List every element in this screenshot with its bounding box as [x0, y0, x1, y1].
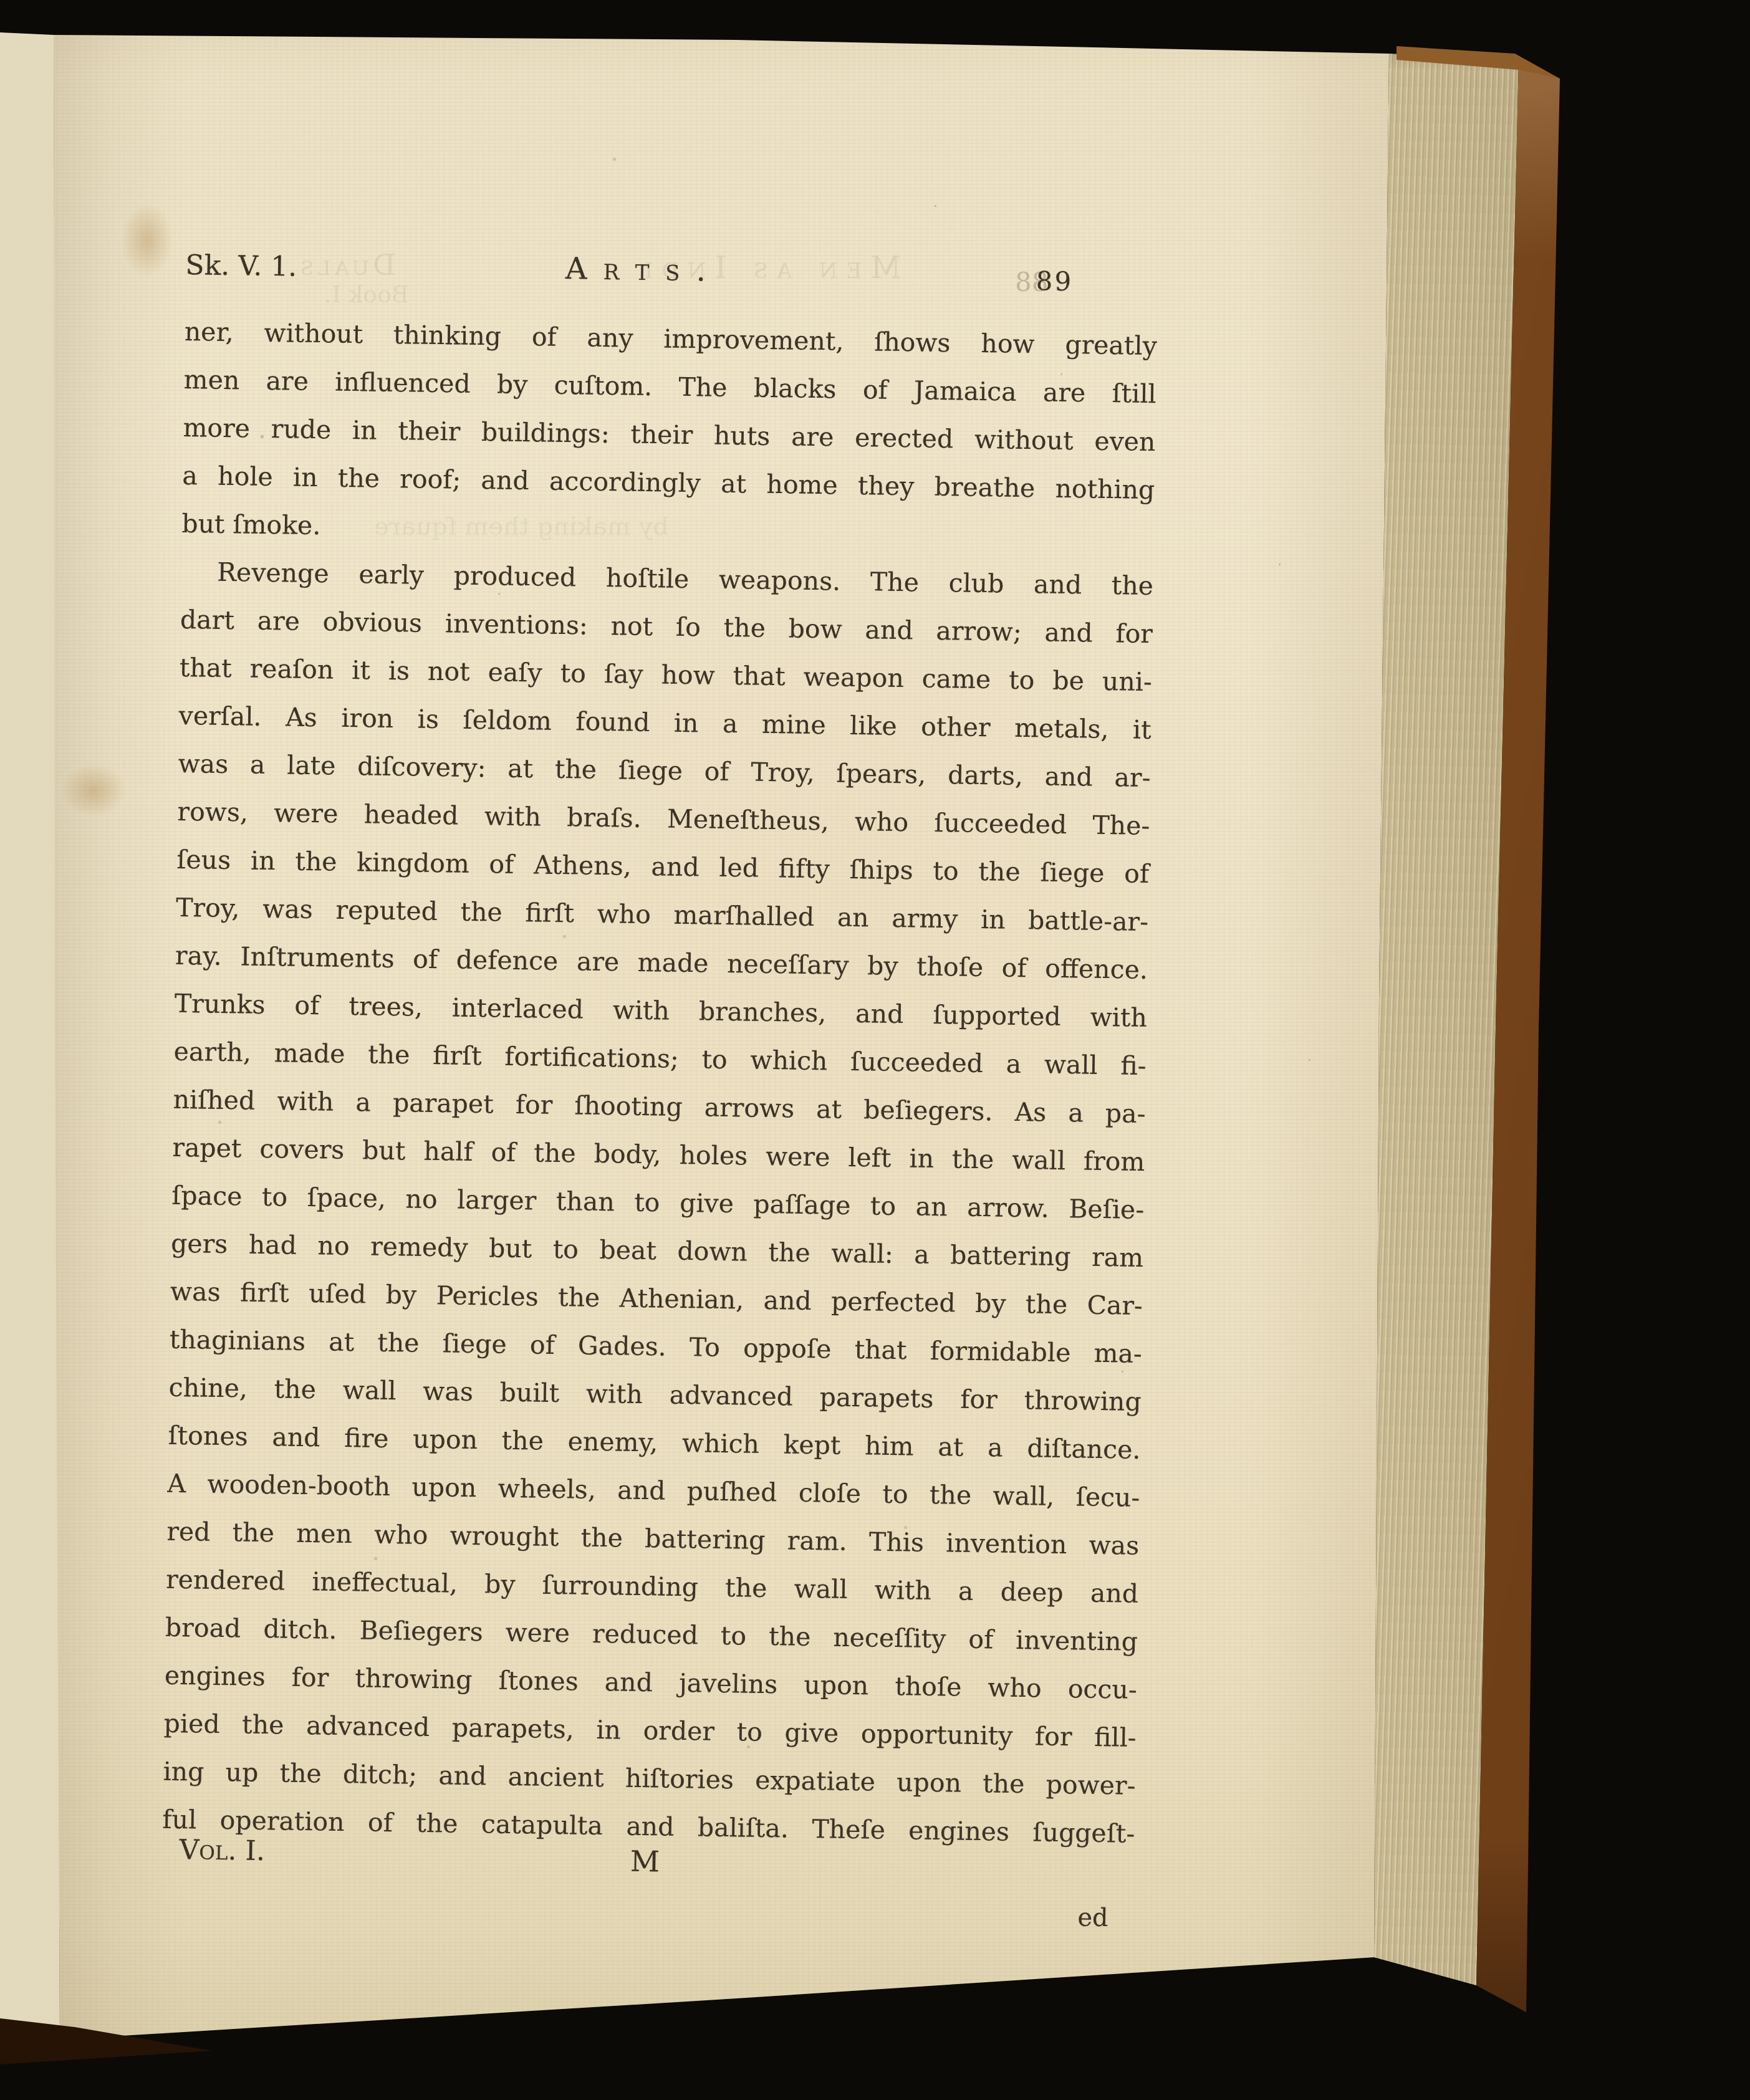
- book-photograph: Duals. Book I. Men as Indi 88 by making …: [0, 0, 1750, 2100]
- paper-speckles: [0, 0, 1, 1]
